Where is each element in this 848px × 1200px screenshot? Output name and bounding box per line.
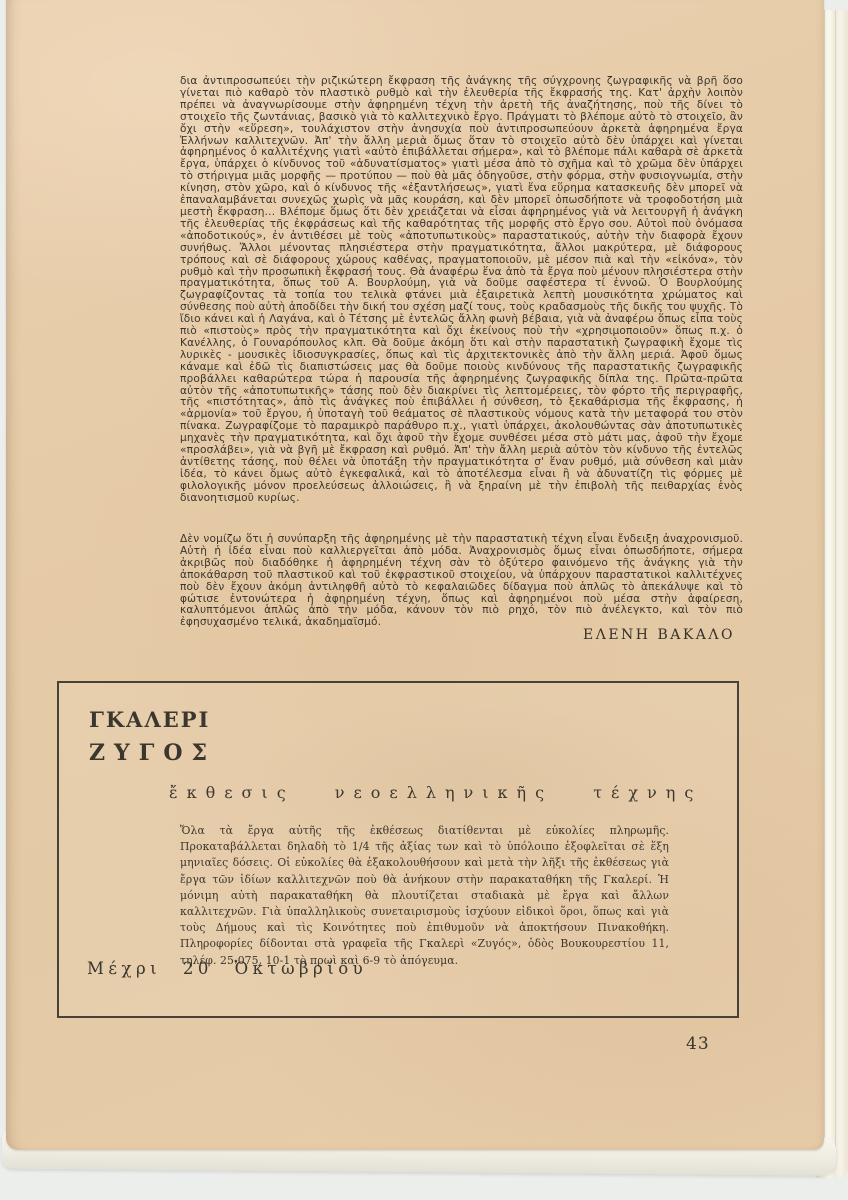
gallery-name-line2: ΖΥΓΟΣ [89, 740, 216, 766]
scanned-magazine-page: δια ἀντιπροσωπεύει τὴν ριζικώτερη ἔκφρασ… [0, 0, 848, 1200]
article-text: Δὲν νομίζω ὅτι ἡ συνύπαρξη τῆς ἀφηρημένη… [180, 533, 743, 628]
gallery-ad-box: ΓΚΑΛΕΡΙ ΖΥΓΟΣ ἔκθεσις νεοελληνικῆς τέχνη… [57, 681, 739, 1018]
article-text: δια ἀντιπροσωπεύει τὴν ριζικώτερη ἔκφρασ… [180, 76, 743, 505]
page-number: 43 [686, 1034, 710, 1054]
page-edge-line [835, 10, 836, 1164]
gallery-name-line1: ΓΚΑΛΕΡΙ [89, 707, 216, 733]
ad-body-text: Ὅλα τὰ ἔργα αὐτῆς τῆς ἐκθέσεως διατίθεντ… [180, 823, 669, 969]
author-signature: ΕΛΕΝΗ ΒΑΚΑΛΟ [180, 627, 735, 643]
page-edge-line [824, 10, 825, 1164]
exhibition-closing-date: Μέχρι 20 Ὀκτωβρίου [87, 959, 367, 978]
gallery-name: ΓΚΑΛΕΡΙ ΖΥΓΟΣ [89, 707, 216, 766]
article-paragraph-1: δια ἀντιπροσωπεύει τὴν ριζικώτερη ἔκφρασ… [180, 76, 743, 505]
article-paragraph-2: Δὲν νομίζω ὅτι ἡ συνύπαρξη τῆς ἀφηρημένη… [180, 534, 743, 629]
exhibition-title: ἔκθεσις νεοελληνικῆς τέχνης [169, 783, 702, 802]
